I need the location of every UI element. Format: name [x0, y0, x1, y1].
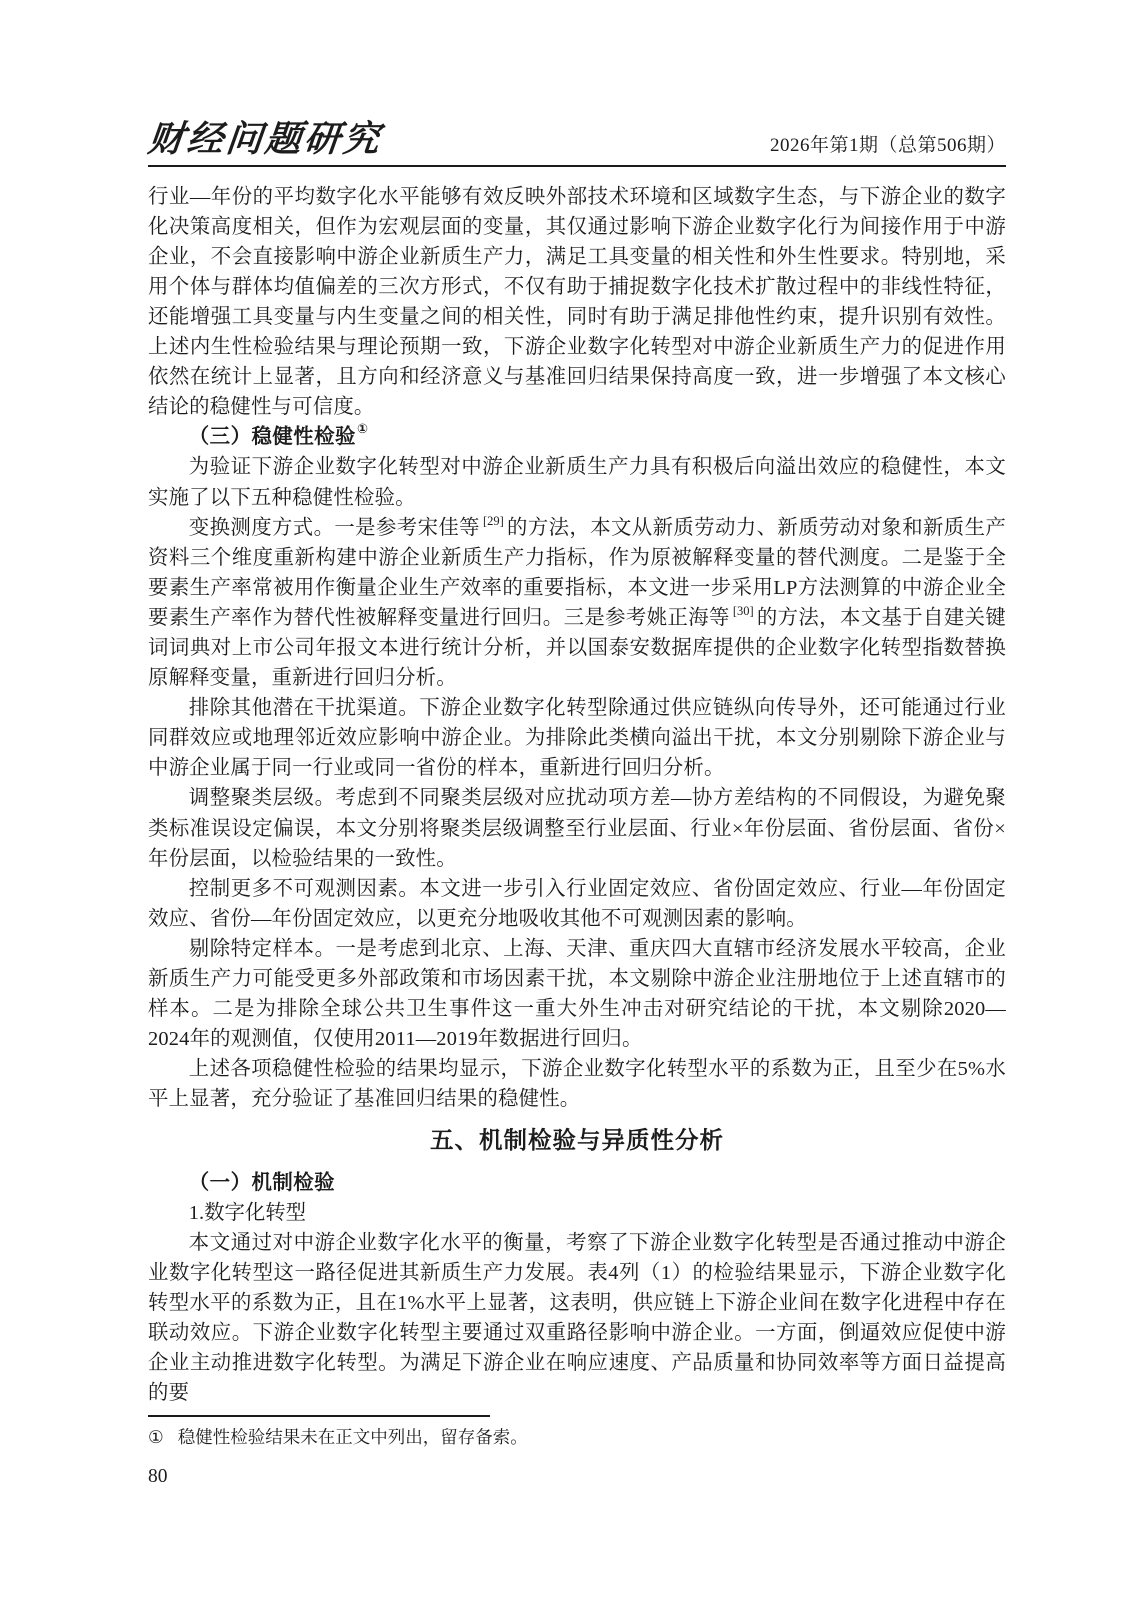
journal-logo: 财经问题研究: [146, 120, 384, 160]
heading-text: （三）稳健性检验: [189, 426, 356, 448]
footnote-marker: ①: [148, 1427, 164, 1447]
paragraph-mechanism-digital: 本文通过对中游企业数字化水平的衡量，考察了下游企业数字化转型是否通过推动中游企业…: [148, 1228, 1006, 1409]
article-body: 行业—年份的平均数字化水平能够有效反映外部技术环境和区域数字生态，与下游企业的数…: [148, 182, 1006, 1409]
section-heading-robustness: （三）稳健性检验①: [148, 422, 1006, 452]
subsection-heading-mechanism-test: （一）机制检验: [148, 1168, 1006, 1198]
paragraph-endogeneity: 行业—年份的平均数字化水平能够有效反映外部技术环境和区域数字生态，与下游企业的数…: [148, 182, 1006, 423]
header-divider: [148, 165, 1006, 167]
footnote-marker-superscript: ①: [357, 421, 369, 436]
footnote-divider: [148, 1415, 490, 1417]
paragraph-exclude-channels: 排除其他潜在干扰渠道。下游企业数字化转型除通过供应链纵向传导外，还可能通过行业同…: [148, 693, 1006, 783]
page-header: 财经问题研究 2026年第1期（总第506期）: [148, 0, 1006, 160]
journal-page: 财经问题研究 2026年第1期（总第506期） 行业—年份的平均数字化水平能够有…: [0, 0, 1140, 1600]
issue-info: 2026年第1期（总第506期）: [770, 130, 1006, 160]
page-number: 80: [148, 1466, 1006, 1488]
paragraph-robustness-summary: 上述各项稳健性检验的结果均显示，下游企业数字化转型水平的系数为正，且至少在5%水…: [148, 1054, 1006, 1114]
paragraph-cluster-levels: 调整聚类层级。考虑到不同聚类层级对应扰动项方差—协方差结构的不同假设，为避免聚类…: [148, 783, 1006, 873]
subsubsection-heading-digital-transformation: 1.数字化转型: [148, 1198, 1006, 1228]
paragraph-text: 变换测度方式。一是参考宋佳等: [189, 517, 480, 539]
paragraph-measurement-change: 变换测度方式。一是参考宋佳等[29]的方法，本文从新质劳动力、新质劳动对象和新质…: [148, 513, 1006, 694]
citation-ref-29: [29]: [483, 514, 504, 528]
paragraph-robustness-intro: 为验证下游企业数字化转型对中游企业新质生产力具有积极后向溢出效应的稳健性，本文实…: [148, 452, 1006, 512]
paragraph-sample-exclusion: 剔除特定样本。一是考虑到北京、上海、天津、重庆四大直辖市经济发展水平较高，企业新…: [148, 934, 1006, 1054]
footnote: ①稳健性检验结果未在正文中列出，留存备索。: [148, 1424, 1006, 1450]
footnote-text: 稳健性检验结果未在正文中列出，留存备索。: [178, 1427, 528, 1447]
paragraph-fixed-effects: 控制更多不可观测因素。本文进一步引入行业固定效应、省份固定效应、行业—年份固定效…: [148, 874, 1006, 934]
citation-ref-30: [30]: [733, 604, 754, 618]
section-heading-mechanism: 五、机制检验与异质性分析: [148, 1124, 1006, 1157]
